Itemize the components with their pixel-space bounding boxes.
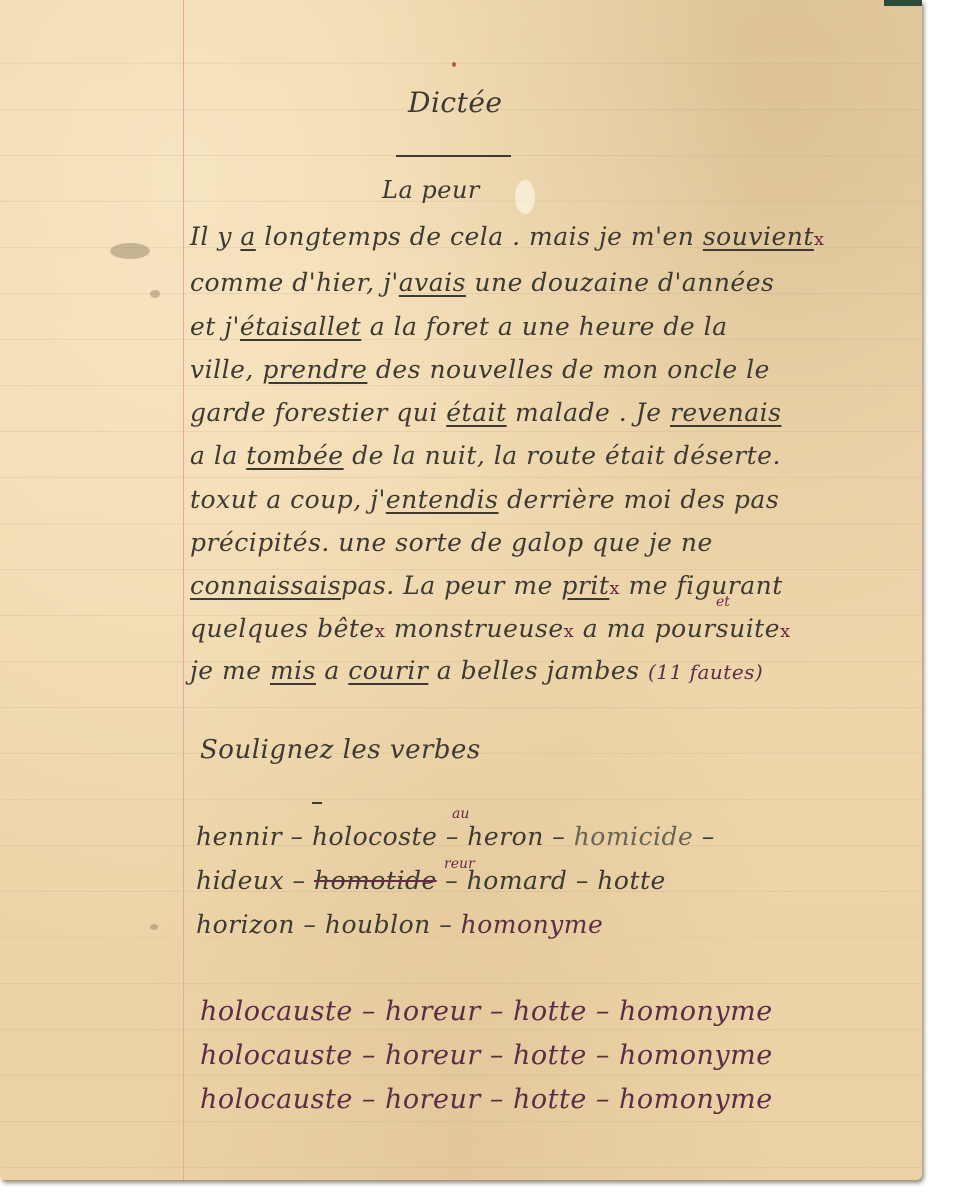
correction-insert-et: et (716, 594, 730, 610)
page-title: Dictée (408, 86, 502, 119)
error-mark: x (780, 621, 791, 642)
dash-mark (312, 802, 322, 804)
dictation-line-3: et j'étaisallet a la foret a une heure d… (190, 312, 728, 341)
dictation-line-11: je me mis a courir a belles jambes (11 f… (190, 656, 763, 685)
copy-line-2: holocauste – horeur – hotte – homonyme (200, 1040, 773, 1071)
error-mark: x (564, 621, 575, 642)
correction-insert-au: au (452, 806, 469, 822)
dictation-line-10: quelques bêtex monstrueusex a ma poursui… (190, 614, 791, 643)
error-count-note: (11 fautes) (648, 660, 763, 684)
ink-dot (452, 62, 456, 67)
dictation-heading: La peur (382, 176, 480, 204)
exercise-row-3: horizon – houblon – homonyme (196, 910, 603, 939)
dictation-line-1: Il y a longtemps de cela . mais je m'en … (190, 222, 825, 251)
error-mark: x (814, 229, 825, 250)
copy-line-1: holocauste – horeur – hotte – homonyme (200, 996, 773, 1027)
dictation-line-5: garde forestier qui était malade . Je re… (190, 398, 781, 427)
dictation-line-9: connaissaispas. La peur me pritx me figu… (190, 571, 783, 600)
dictation-line-7: toxut a coup, j'entendis derrière moi de… (190, 485, 779, 514)
margin-line (183, 0, 184, 1180)
ink-stain (110, 243, 150, 259)
scan-corner (884, 0, 922, 6)
dictation-line-8: précipités. une sorte de galop que je ne (190, 528, 713, 557)
dictation-line-4: ville, prendre des nouvelles de mon oncl… (190, 355, 770, 384)
dictation-line-6: a la tombée de la nuit, la route était d… (190, 441, 781, 470)
notebook-page: Dictée La peur Il y a longtemps de cela … (0, 0, 922, 1180)
error-mark: x (375, 621, 386, 642)
dictation-line-2: comme d'hier, j'avais une douzaine d'ann… (190, 268, 774, 297)
exercise-instruction: Soulignez les verbes (200, 735, 481, 765)
paper-dent (515, 180, 535, 214)
error-mark: x (609, 578, 620, 599)
title-underline (396, 155, 511, 157)
ink-speck (150, 290, 160, 298)
exercise-row-1: hennir – holocoste – heron – homicide – (196, 822, 715, 851)
ink-speck (150, 924, 158, 930)
correction-reur: reur (444, 856, 475, 872)
exercise-row-2: hideux – homotide – homard – hotte (196, 866, 666, 895)
copy-line-3: holocauste – horeur – hotte – homonyme (200, 1084, 773, 1115)
